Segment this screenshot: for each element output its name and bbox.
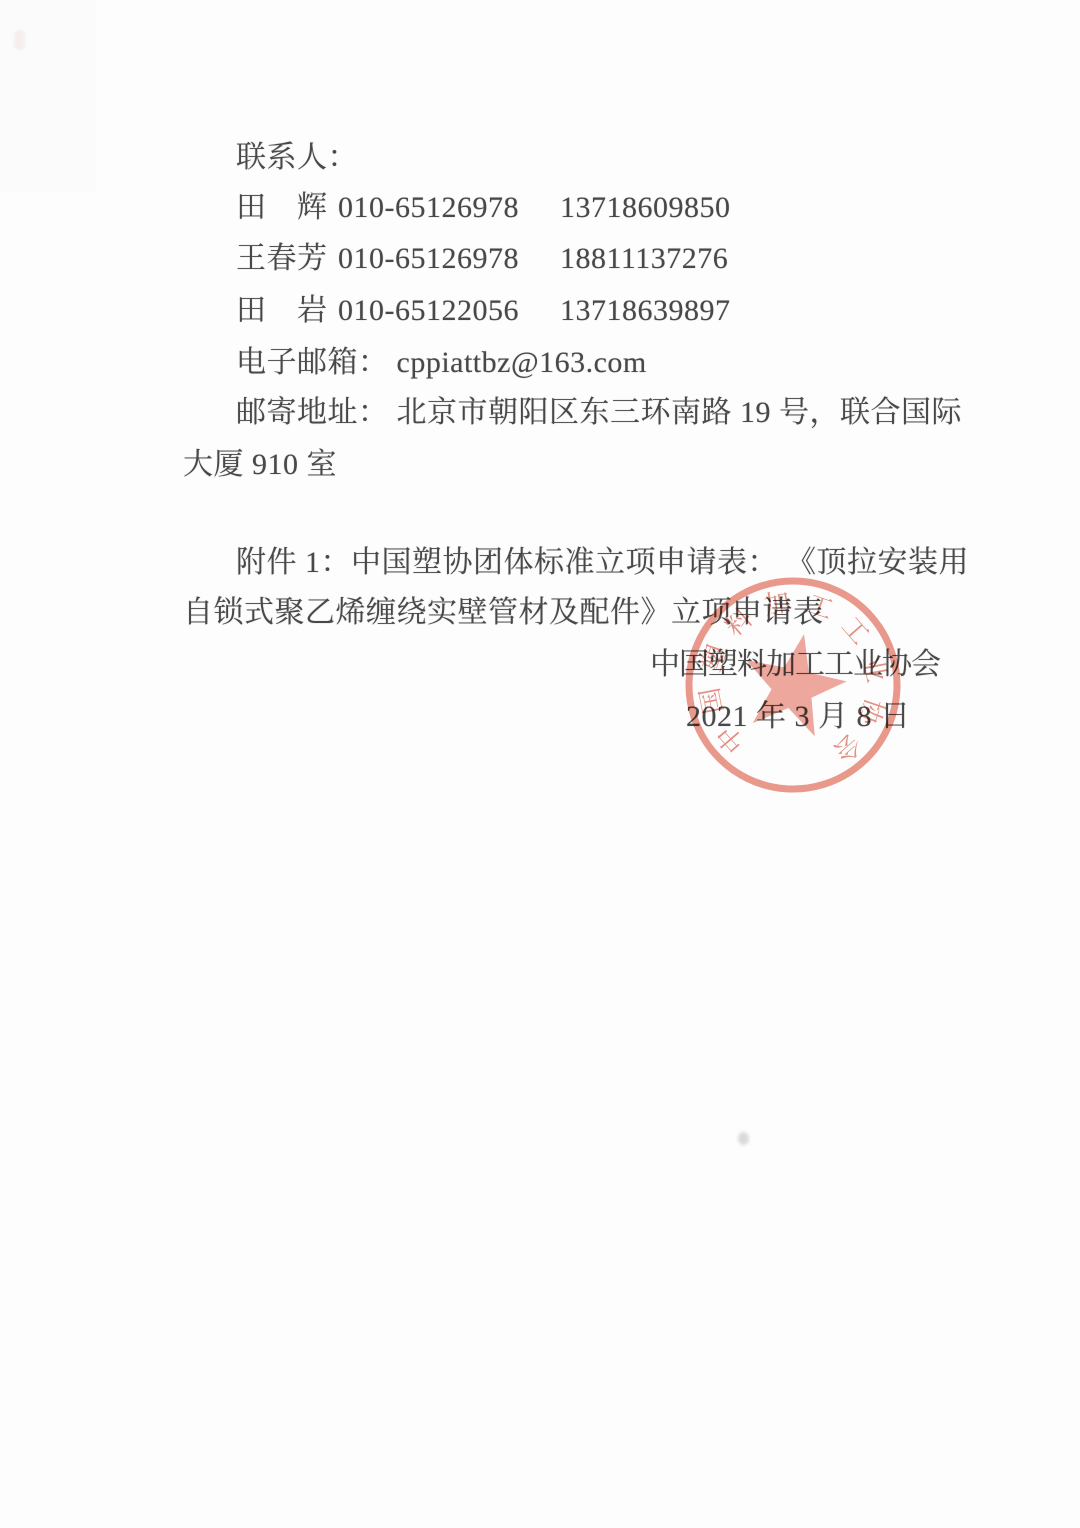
address-line-2: 大厦 910 室: [183, 440, 337, 490]
contact-phone: 010-65122056: [338, 286, 526, 336]
contact-name: 田 岩: [236, 286, 330, 336]
contact-mobile: 13718639897: [560, 294, 731, 327]
email-value: cppiattbz@163.com: [397, 346, 647, 379]
contact-phone: 010-65126978: [338, 183, 526, 233]
contact-mobile: 18811137276: [560, 242, 728, 275]
scan-artifact-corner-mark: [14, 30, 25, 50]
contact-name: 王春芳: [236, 234, 330, 284]
contact-label: 联系人：: [236, 133, 358, 183]
contact-row-3: 田 岩 010-65122056 13718639897: [236, 286, 731, 336]
signature-organization: 中国塑料加工工业协会: [650, 640, 940, 690]
address-label: 邮寄地址：: [236, 396, 389, 429]
address-value: 北京市朝阳区东三环南路 19 号，联合国际: [397, 396, 963, 429]
scanned-document-page: 联系人： 田 辉 010-65126978 13718609850 王春芳 01…: [0, 0, 1080, 1528]
attachment-line-1: 附件 1：中国塑协团体标准立项申请表： 《顶拉安装用: [236, 538, 969, 588]
contact-row-2: 王春芳 010-65126978 18811137276: [236, 234, 728, 284]
address-line-1: 邮寄地址： 北京市朝阳区东三环南路 19 号，联合国际: [236, 388, 962, 438]
contact-name: 田 辉: [236, 183, 330, 233]
signature-date: 2021 年 3 月 8 日: [686, 692, 911, 742]
email-label: 电子邮箱：: [236, 346, 389, 379]
attachment-line-2: 自锁式聚乙烯缠绕实壁管材及配件》立项申请表: [183, 588, 824, 638]
contact-row-1: 田 辉 010-65126978 13718609850: [236, 183, 731, 233]
contact-phone: 010-65126978: [338, 234, 526, 284]
scan-artifact-dot: [738, 1132, 749, 1145]
contact-mobile: 13718609850: [560, 191, 731, 224]
email-line: 电子邮箱： cppiattbz@163.com: [236, 338, 647, 388]
scan-shade-top-left: [0, 0, 96, 192]
